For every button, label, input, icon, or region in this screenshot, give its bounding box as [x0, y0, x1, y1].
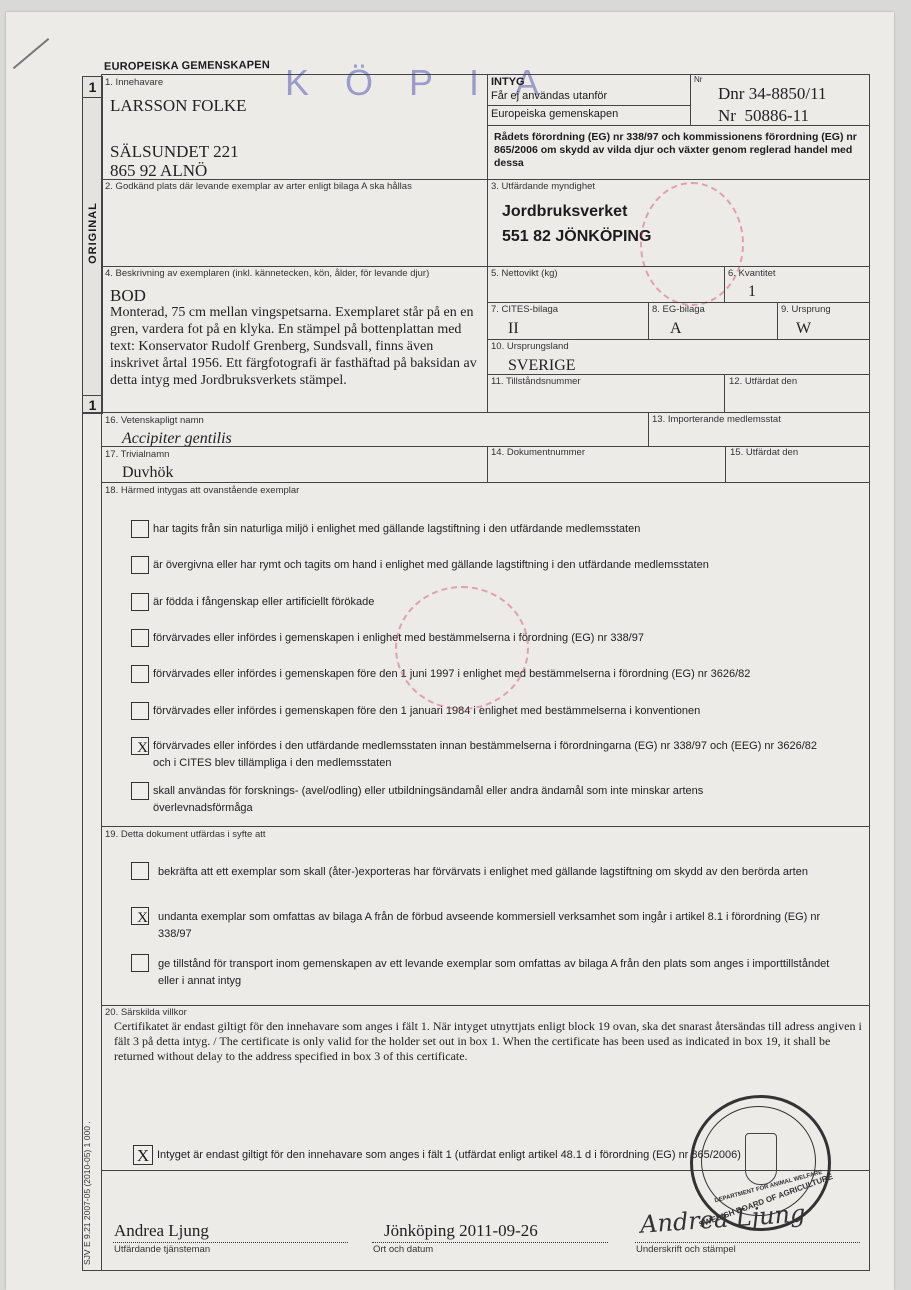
country-of-origin-value: SVERIGE: [508, 357, 576, 375]
box3-label: 3. Utfärdande myndighet: [491, 181, 595, 192]
eu-title: EUROPEISKA GEMENSKAPEN: [104, 59, 270, 73]
box19-option-1-text: bekräfta att ett exemplar som skall (åte…: [158, 864, 818, 881]
holder-address-line1: SÄLSUNDET 221: [110, 142, 239, 162]
issuing-official-name: Andrea Ljung: [114, 1221, 209, 1241]
box5-label: 5. Nettovikt (kg): [491, 268, 558, 279]
box17-label: 17. Trivialnamn: [105, 449, 169, 460]
box18-option-7-text: förvärvades eller infördes i den utfärda…: [153, 738, 823, 772]
box18-checkbox-4[interactable]: [131, 629, 149, 647]
box18-option-6-text: förvärvades eller infördes i gemenskapen…: [153, 703, 700, 720]
red-stamp-middle: [395, 586, 529, 710]
box13-label: 13. Importerande medlemsstat: [652, 414, 781, 425]
certificate-number: Nr 50886-11: [718, 106, 809, 126]
box19-label: 19. Detta dokument utfärdas i syfte att: [105, 829, 266, 840]
holder-only-text: Intyget är endast giltigt för den inneha…: [157, 1147, 741, 1164]
box19-option-3-text: ge tillstånd för transport inom gemenska…: [158, 956, 838, 990]
nr-label: Nr: [694, 75, 702, 84]
side-number-bottom: 1: [83, 397, 102, 413]
holder-name: LARSSON FOLKE: [110, 96, 247, 116]
place-and-date: Jönköping 2011-09-26: [384, 1221, 538, 1241]
place-date-label: Ort och datum: [373, 1244, 433, 1255]
crown-shield-icon: [745, 1133, 777, 1185]
dnr-number: Dnr 34-8850/11: [718, 84, 826, 104]
box20-label: 20. Särskilda villkor: [105, 1007, 187, 1018]
origin-value: W: [796, 320, 811, 338]
box9-label: 9. Ursprung: [781, 304, 831, 315]
box4-label: 4. Beskrivning av exemplaren (inkl. känn…: [105, 268, 429, 279]
eu-annex-value: A: [670, 320, 682, 338]
side-column: 1 ORIGINAL 1: [82, 76, 103, 414]
box18-option-1-text: har tagits från sin naturliga miljö i en…: [153, 521, 640, 538]
box18-option-3-text: är födda i fångenskap eller artificiellt…: [153, 594, 374, 611]
issuing-official-label: Utfärdande tjänsteman: [114, 1244, 210, 1255]
red-stamp-top: [640, 182, 744, 306]
box18-option-2-text: är övergivna eller har rymt och tagits o…: [153, 557, 709, 574]
box15-label: 15. Utfärdat den: [730, 447, 798, 458]
official-seal: SWEDISH BOARD OF AGRICULTURE DEPARTMENT …: [690, 1095, 831, 1231]
box19-checkbox-2[interactable]: X: [131, 907, 149, 925]
box18-checkbox-5[interactable]: [131, 665, 149, 683]
box1-label: 1. Innehavare: [105, 77, 163, 88]
box18-checkbox-6[interactable]: [131, 702, 149, 720]
original-label: ORIGINAL: [87, 200, 99, 266]
box11-label: 11. Tillståndsnummer: [491, 376, 581, 387]
signature-label: Underskrift och stämpel: [636, 1244, 736, 1255]
box18-checkbox-1[interactable]: [131, 520, 149, 538]
box6-label: 6. Kvantitet: [728, 268, 776, 279]
side-number-top: 1: [83, 79, 102, 95]
box18-checkbox-2[interactable]: [131, 556, 149, 574]
box18-label: 18. Härmed intygas att ovanstående exemp…: [105, 485, 299, 496]
box12-label: 12. Utfärdat den: [729, 376, 797, 387]
box18-checkbox-3[interactable]: [131, 593, 149, 611]
holder-only-checkbox[interactable]: X: [133, 1145, 153, 1165]
issuing-authority-name: Jordbruksverket: [502, 203, 627, 221]
intyg-line1: Får ej användas utanför: [491, 90, 607, 102]
special-conditions-text: Certifikatet är endast giltigt för den i…: [114, 1019, 866, 1064]
box2-label: 2. Godkänd plats där levande exemplar av…: [105, 181, 412, 192]
box14-label: 14. Dokumentnummer: [491, 447, 585, 458]
issuing-authority-address: 551 82 JÖNKÖPING: [502, 228, 651, 246]
cites-appendix-value: II: [508, 320, 519, 338]
box10-label: 10. Ursprungsland: [491, 341, 569, 352]
specimen-description: Monterad, 75 cm mellan vingspetsarna. Ex…: [110, 304, 485, 389]
common-name-value: Duvhök: [122, 464, 174, 482]
regulation-text: Rådets förordning (EG) nr 338/97 och kom…: [494, 131, 864, 170]
intyg-title: INTYG: [491, 76, 525, 88]
intyg-line2: Europeiska gemenskapen: [491, 108, 618, 120]
quantity-value: 1: [748, 283, 756, 301]
box18-checkbox-8[interactable]: [131, 782, 149, 800]
box19-checkbox-1[interactable]: [131, 862, 149, 880]
box18-option-8-text: skall användas för forsknings- (avel/odl…: [153, 783, 793, 817]
box19-option-2-text: undanta exemplar som omfattas av bilaga …: [158, 909, 828, 943]
box19-checkbox-3[interactable]: [131, 954, 149, 972]
box16-label: 16. Vetenskapligt namn: [105, 415, 204, 426]
box8-label: 8. EG-bilaga: [652, 304, 705, 315]
box18-checkbox-7[interactable]: X: [131, 737, 149, 755]
form-code: SJV E 9.21 2007-05 (2010-05) 1 000 .: [82, 1121, 92, 1265]
specimen-type: BOD: [110, 286, 146, 306]
holder-address-line2: 865 92 ALNÖ: [110, 161, 207, 181]
box7-label: 7. CITES-bilaga: [491, 304, 558, 315]
